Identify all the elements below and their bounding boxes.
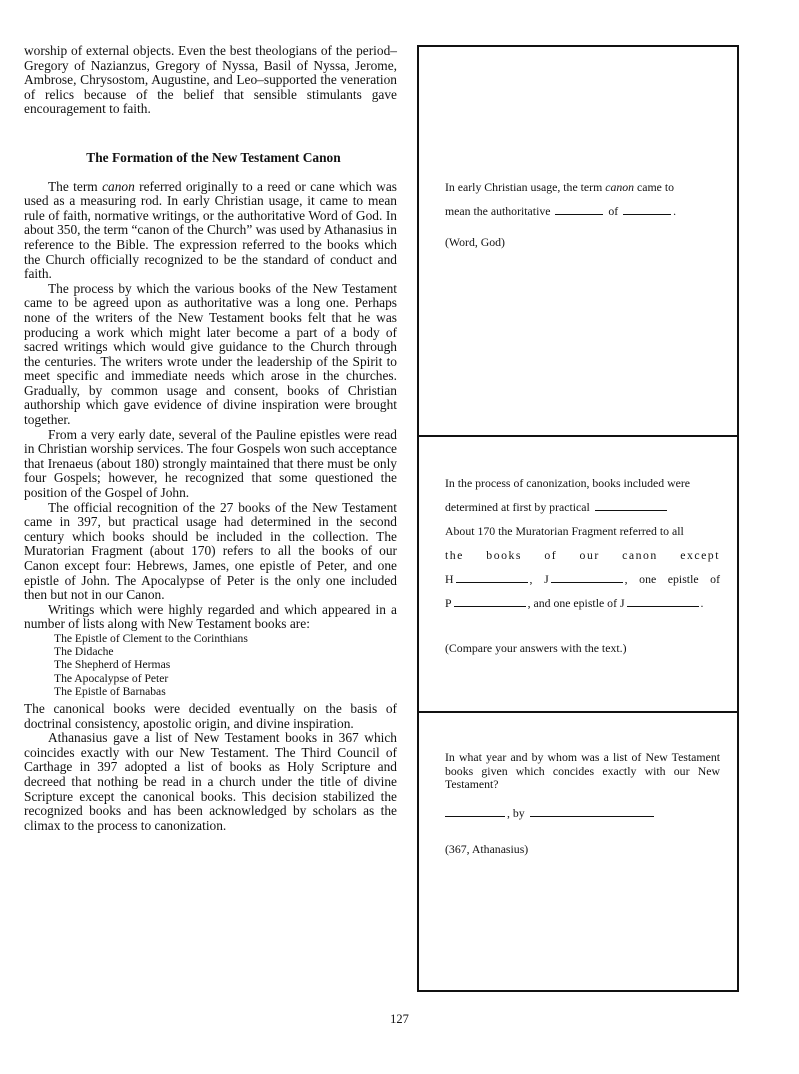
writings-list: The Epistle of Clement to the Corinthian…	[54, 632, 397, 698]
question-line: In the process of canonization, books in…	[445, 471, 720, 495]
answer-blank[interactable]	[555, 214, 603, 215]
text-span: The term	[48, 179, 102, 194]
text-span: came to	[634, 180, 674, 194]
list-item: The Epistle of Clement to the Corinthian…	[54, 632, 397, 645]
list-item: The Didache	[54, 645, 397, 658]
text-span: , one epistle of	[625, 572, 720, 586]
text-span: P	[445, 596, 452, 610]
text-span: of	[608, 204, 618, 218]
frame-panel-2: In the process of canonization, books in…	[445, 471, 720, 655]
main-text-column: worship of external objects. Even the be…	[24, 44, 397, 833]
frame-panel-1: In early Christian usage, the term canon…	[445, 175, 720, 249]
paragraph-process: The process by which the various books o…	[24, 282, 397, 428]
text-span: H	[445, 572, 454, 586]
question-line: P, and one epistle of J.	[445, 591, 720, 615]
text-span: In early Christian usage, the term	[445, 180, 605, 194]
italic-term: canon	[102, 179, 135, 194]
question-line: H, J, one epistle of	[445, 567, 720, 591]
answer-line: , by	[445, 806, 720, 820]
list-item: The Shepherd of Hermas	[54, 658, 397, 671]
answer-key: (367, Athanasius)	[445, 842, 720, 856]
paragraph-writings-intro: Writings which were highly regarded and …	[24, 603, 397, 632]
answer-blank[interactable]	[595, 510, 667, 511]
italic-term: canon	[605, 180, 634, 194]
text-span: , by	[507, 806, 525, 820]
text-span: .	[701, 596, 704, 610]
question-line: the books of our canon except	[445, 543, 720, 567]
intro-paragraph: worship of external objects. Even the be…	[24, 44, 397, 117]
frame-panel-3: In what year and by whom was a list of N…	[445, 751, 720, 856]
frame-divider	[419, 435, 737, 437]
frame-divider	[419, 711, 737, 713]
question-line: About 170 the Muratorian Fragment referr…	[445, 519, 720, 543]
text-span: determined at first by practical	[445, 500, 590, 514]
paragraph-canonical-basis: The canonical books were decided eventua…	[24, 702, 397, 731]
text-span: J	[544, 572, 549, 586]
programmed-learning-frame: In early Christian usage, the term canon…	[417, 45, 739, 992]
text-span: .	[673, 204, 676, 218]
question-line: determined at first by practical	[445, 495, 720, 519]
question-text: In what year and by whom was a list of N…	[445, 751, 720, 792]
answer-key: (Compare your answers with the text.)	[445, 641, 720, 655]
answer-blank[interactable]	[454, 606, 526, 607]
paragraph-canon-definition: The term canon referred originally to a …	[24, 180, 397, 282]
answer-blank[interactable]	[445, 816, 505, 817]
answer-blank[interactable]	[623, 214, 671, 215]
answer-blank[interactable]	[456, 582, 528, 583]
paragraph-official-recognition: The official recognition of the 27 books…	[24, 501, 397, 603]
answer-blank[interactable]	[551, 582, 623, 583]
paragraph-pauline-epistles: From a very early date, several of the P…	[24, 428, 397, 501]
text-span: ,	[530, 572, 533, 586]
answer-blank[interactable]	[627, 606, 699, 607]
paragraph-athanasius: Athanasius gave a list of New Testament …	[24, 731, 397, 833]
answer-key: (Word, God)	[445, 235, 720, 249]
text-span: referred originally to a reed or cane wh…	[24, 179, 397, 282]
list-item: The Epistle of Barnabas	[54, 685, 397, 698]
list-item: The Apocalypse of Peter	[54, 672, 397, 685]
page-number: 127	[0, 1012, 799, 1027]
text-span: , and one epistle of J	[528, 596, 625, 610]
answer-blank[interactable]	[530, 816, 654, 817]
section-heading: The Formation of the New Testament Canon	[24, 151, 397, 166]
question-line: In early Christian usage, the term canon…	[445, 175, 720, 199]
text-span: mean the authoritative	[445, 204, 550, 218]
question-line: mean the authoritative of .	[445, 199, 720, 223]
